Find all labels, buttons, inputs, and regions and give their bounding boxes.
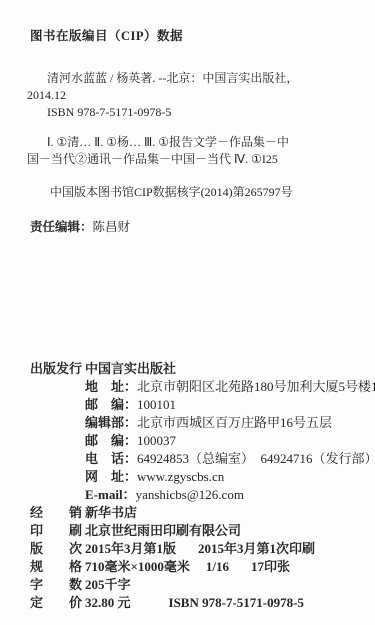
distribution-row: 经 销 新华书店 [0,504,375,522]
address-label: 地 址： [85,379,137,394]
website-value: www.zgyscbs.cn [137,469,224,484]
wordcount-row: 字 数 205千字 [0,576,375,594]
cip-classification-line2: 国－当代②通讯－作品集－中国－当代 Ⅳ. ①I25 [27,151,375,168]
format-size-value: 710毫米×1000毫米 [85,559,190,574]
cip-classification: Ⅰ. ①清… Ⅱ. ①杨… Ⅲ. ①报告文学－作品集－中 国－当代②通讯－作品集… [0,134,375,168]
postcode-value: 100101 [137,397,176,412]
email-value: yanshicbs@126.com [136,487,244,502]
cip-entry-date-line: 2014.12 [27,87,375,104]
email-row: E-mail：yanshicbs@126.com [0,486,375,504]
phone-label: 电 话： [85,451,137,466]
format-sheets-value: 17印张 [251,559,290,574]
printing-run-value: 2015年3月第1次印刷 [198,541,315,556]
wordcount-label: 字 数 [30,576,82,594]
phone-value: 64924853（总编室） 64924716（发行部） [137,451,375,466]
format-label: 规 格 [30,558,82,576]
price-row: 定 价 32.80 元ISBN 978-7-5171-0978-5 [0,594,375,612]
address-value: 北京市朝阳区北苑路180号加利大厦5号楼105室 [137,379,375,394]
edition-value: 2015年3月第1版 [85,541,176,556]
printing-row: 印 刷 北京世纪雨田印刷有限公司 [0,522,375,540]
postcode2-label: 邮 编： [85,433,137,448]
edition-row: 版 次 2015年3月第1版2015年3月第1次印刷 [0,540,375,558]
format-row: 规 格 710毫米×1000毫米1/1617印张 [0,558,375,576]
postcode-row: 邮 编：100101 [0,396,375,414]
copyright-page: 图书在版编目（CIP）数据 清河水蓝蓝 / 杨英著. --北京：中国言实出版社，… [0,0,375,625]
postcode2-row: 邮 编：100037 [0,432,375,450]
format-folio-value: 1/16 [206,559,229,574]
cip-record-number: 中国版本图书馆CIP数据核字(2014)第265797号 [50,183,375,200]
cip-classification-line1: Ⅰ. ①清… Ⅱ. ①杨… Ⅲ. ①报告文学－作品集－中 [47,134,375,151]
printing-label: 印 刷 [30,522,82,540]
edition-label: 版 次 [30,540,82,558]
postcode2-value: 100037 [137,433,176,448]
cip-header: 图书在版编目（CIP）数据 [30,0,375,44]
publisher-row: 出版发行 中国言实出版社 [0,360,375,378]
website-label: 网 址： [85,469,137,484]
distribution-label: 经 销 [30,504,82,522]
wordcount-value: 205千字 [85,576,375,594]
address-row: 地 址：北京市朝阳区北苑路180号加利大厦5号楼105室 [0,378,375,396]
printing-value: 北京世纪雨田印刷有限公司 [85,522,375,540]
email-label: E-mail： [85,487,136,502]
cip-entry-title-line: 清河水蓝蓝 / 杨英著. --北京：中国言实出版社， [47,70,375,87]
editorial-dept-label: 编辑部： [85,415,137,430]
publisher-label: 出版发行 [30,360,82,378]
price-value: 32.80 元 [85,595,131,610]
editorial-dept-row: 编辑部：北京市西城区百万庄路甲16号五层 [0,414,375,432]
postcode-label: 邮 编： [85,397,137,412]
editor-label: 责任编辑： [30,220,93,234]
website-row: 网 址：www.zgyscbs.cn [0,468,375,486]
cip-entry: 清河水蓝蓝 / 杨英著. --北京：中国言实出版社， 2014.12 ISBN … [0,70,375,121]
price-label: 定 价 [30,594,82,612]
editor-name: 陈昌财 [93,220,131,234]
publisher-name: 中国言实出版社 [85,360,375,378]
editor-line: 责任编辑：陈昌财 [30,217,375,235]
publication-info-block: 出版发行 中国言实出版社 地 址：北京市朝阳区北苑路180号加利大厦5号楼105… [0,360,375,612]
cip-entry-isbn-line: ISBN 978-7-5171-0978-5 [47,104,375,121]
distribution-value: 新华书店 [85,504,375,522]
editorial-dept-value: 北京市西城区百万庄路甲16号五层 [137,415,332,430]
price-isbn-value: ISBN 978-7-5171-0978-5 [169,595,304,610]
phone-row: 电 话：64924853（总编室） 64924716（发行部） [0,450,375,468]
